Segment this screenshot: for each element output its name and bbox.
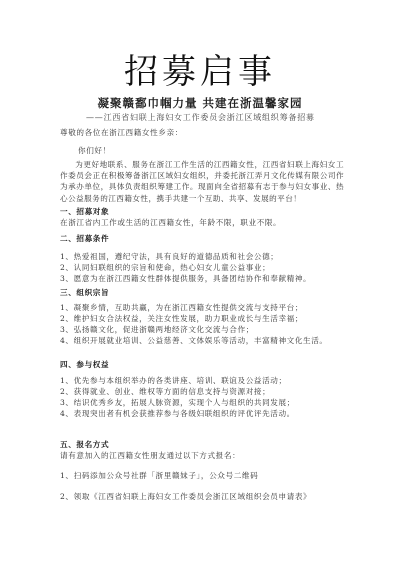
section-heading: 四、参与权益: [60, 360, 109, 371]
intro-paragraph: 为更好地联系、服务在浙江工作生活的江西籍女性，江西省妇联上海妇女工作委员会正在积…: [60, 159, 344, 204]
byline: ——江西省妇联上海妇女工作委员会浙江区域组织筹备招募: [86, 112, 315, 124]
section-heading: 二、招募条件: [60, 234, 109, 245]
list-item: 3、愿意为在浙江西籍女性群体提供服务，具备团结协作和奉献精神。: [60, 274, 311, 285]
list-item: 请有意加入的江西籍女性朋友通过以下方式报名：: [60, 451, 240, 462]
document-page: 招募启事 凝聚赣鄱巾帼力量 共建在浙温馨家园 ——江西省妇联上海妇女工作委员会浙…: [0, 0, 400, 566]
list-item: 在浙江省内工作或生活的江西籍女性，年龄不限，职业不限。: [60, 218, 281, 229]
list-item: 1、凝聚乡情，互助共赢，为在浙江西籍女性提供交流与支持平台；: [60, 303, 303, 314]
page-title: 招募启事: [0, 52, 400, 92]
list-item: 1、优先参与本组织举办的各类讲座、培训、联谊及公益活动；: [60, 376, 287, 387]
list-item: 2、认同妇联组织的宗旨和使命，热心妇女儿童公益事业；: [60, 263, 270, 274]
list-item: 1、扫码添加公众号社群「浙里赣妹子」，公众号二维码: [60, 471, 258, 482]
list-item: 3、结识优秀乡友，拓展人脉资源，实现个人与组织的共同发展；: [60, 398, 295, 409]
list-item: 4、组织开展就业培训、公益慈善、文体娱乐等活动，丰富精神文化生活。: [60, 336, 328, 347]
list-item: 2、维护妇女合法权益，关注女性发展，助力职业成长与生活幸福；: [60, 314, 303, 325]
list-item: 2、获得就业、创业、维权等方面的信息支持与资源对接；: [60, 387, 270, 398]
salutation: 尊敬的各位在浙江西籍女性乡亲：: [60, 128, 183, 139]
list-item: 4、表现突出者有机会获推荐参与各级妇联组织的评优评先活动。: [60, 409, 295, 420]
section-heading: 一、招募对象: [60, 207, 109, 218]
section-heading: 三、组织宗旨: [60, 288, 109, 299]
greeting: 你们好！: [78, 146, 111, 157]
section-heading: 五、报名方式: [60, 440, 109, 451]
list-item: 1、热爱祖国，遵纪守法，具有良好的道德品质和社会公德；: [60, 252, 278, 263]
list-item: 2、领取《江西省妇联上海妇女工作委员会浙江区域组织会员申请表》: [60, 492, 311, 503]
subtitle: 凝聚赣鄱巾帼力量 共建在浙温馨家园: [0, 96, 400, 110]
list-item: 3、弘扬赣文化，促进浙赣两地经济文化交流与合作；: [60, 325, 254, 336]
